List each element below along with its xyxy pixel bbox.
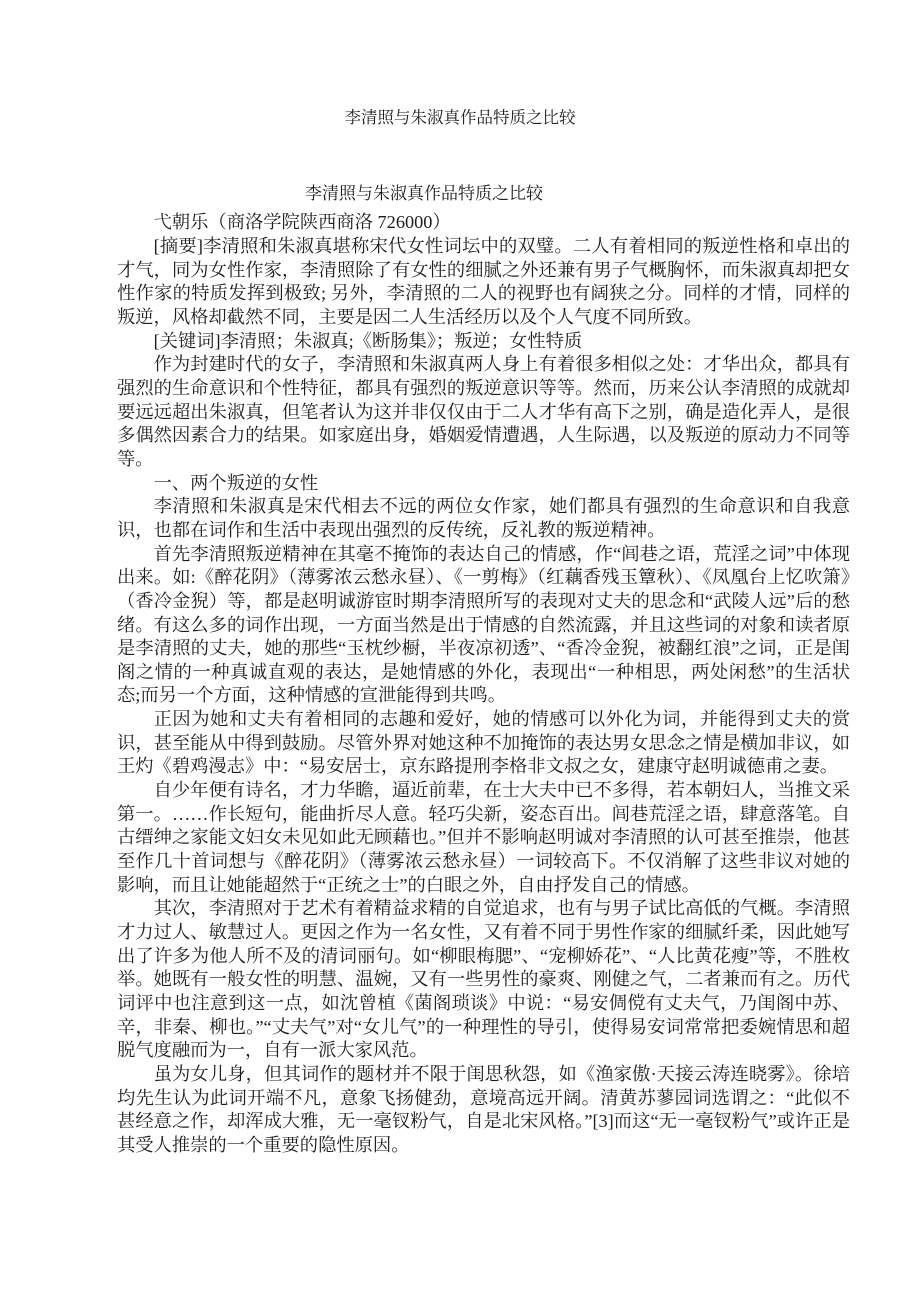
document-page: 李清照与朱淑真作品特质之比较 李清照与朱淑真作品特质之比较 弋朝乐（商洛学院陕西… [0, 0, 920, 1302]
paragraph: 其次，李清照对于艺术有着精益求精的自觉追求，也有与男子试比高低的气概。李清照才力… [117, 897, 850, 1063]
paragraph: 自少年便有诗名，才力华瞻，逼近前辈，在士大夫中已不多得，若本朝妇人，当推文采第一… [117, 779, 850, 897]
paragraph-keywords: [关键词]李清照；朱淑真;《断肠集》；叛逆；女性特质 [117, 330, 850, 354]
paragraph: 首先李清照叛逆精神在其毫不掩饰的表达自己的情感，作“闾巷之语，荒淫之词”中体现出… [117, 543, 850, 709]
paragraph: 李清照和朱淑真是宋代相去不远的两位女作家，她们都具有强烈的生命意识和自我意识，也… [117, 495, 850, 542]
page-title: 李清照与朱淑真作品特质之比较 [117, 106, 850, 130]
paragraph-abstract: [摘要]李清照和朱淑真堪称宋代女性词坛中的双璧。二人有着相同的叛逆性格和卓出的才… [117, 235, 850, 330]
article-title: 李清照与朱淑真作品特质之比较 [117, 182, 850, 206]
document-body: 李清照与朱淑真作品特质之比较 李清照与朱淑真作品特质之比较 弋朝乐（商洛学院陕西… [117, 0, 850, 1158]
paragraph: 虽为女儿身，但其词作的题材并不限于闺思秋怨，如《渔家傲·天接云涛连晓雾》。徐培均… [117, 1063, 850, 1158]
section-heading: 一、两个叛逆的女性 [117, 472, 850, 496]
paragraph: 正因为她和丈夫有着相同的志趣和爱好，她的情感可以外化为词，并能得到丈夫的赏识，甚… [117, 708, 850, 779]
author-line: 弋朝乐（商洛学院陕西商洛 726000） [117, 210, 850, 234]
paragraph: 作为封建时代的女子，李清照和朱淑真两人身上有着很多相似之处：才华出众，都具有强烈… [117, 353, 850, 471]
